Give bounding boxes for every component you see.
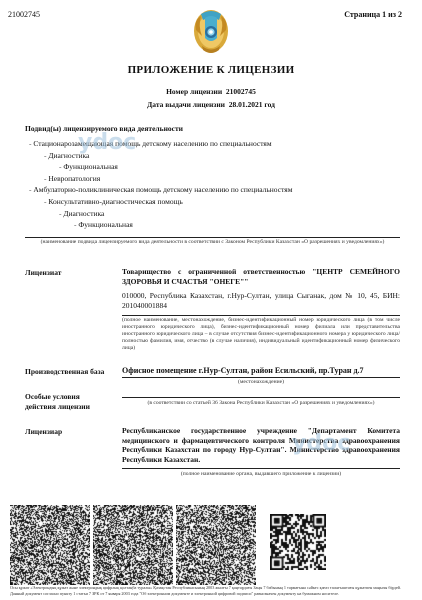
footer-legal-text: Осы құжат «Электрондық құжат және электр… (10, 585, 412, 597)
divider (122, 315, 400, 316)
licensee-name: Товарищество с ограниченной ответственно… (122, 267, 400, 286)
licensee-address: 010000, Республика Казахстан, г.Нур-Султ… (122, 291, 400, 310)
license-number-line: Номер лицензии 21002745 (0, 87, 422, 96)
signature-qr-code-1 (10, 505, 90, 585)
divider (25, 237, 400, 238)
production-base-note: (местонахождение) (122, 379, 400, 386)
licensor-label: Лицензиар (25, 427, 62, 436)
list-item: Диагностика (25, 208, 405, 220)
licensee-label: Лицензиат (25, 268, 61, 277)
production-base-label: Производственная база (25, 367, 104, 376)
licensee-note: (полное наименование, местонахождение, б… (122, 317, 400, 352)
subtypes-note: (наименование подвида лицензируемого вид… (25, 239, 400, 246)
licensor-value: Республиканское государственное учрежден… (122, 426, 400, 464)
license-date-label: Дата выдачи лицензии (147, 100, 225, 109)
list-item: Функциональная (25, 219, 405, 231)
license-number-value: 21002745 (226, 87, 256, 96)
license-date-line: Дата выдачи лицензии 28.01.2021 год (0, 100, 422, 109)
document-number: 21002745 (8, 10, 40, 19)
watermark: ydoc (292, 431, 350, 456)
divider (122, 377, 400, 378)
list-item: Функциональная (25, 161, 405, 173)
special-conditions-label-line1: Особые условия (25, 392, 90, 402)
license-date-value: 28.01.2021 год (229, 100, 275, 109)
divider (122, 468, 400, 469)
signature-qr-code-3 (176, 505, 256, 585)
watermark: ydoc (78, 130, 136, 155)
licensor-note: (полное наименование органа, выдавшего п… (122, 471, 400, 478)
list-item: Консультативно-диагностическая помощь (25, 196, 405, 208)
list-item: Амбулаторно-поликлиническая помощь детск… (25, 184, 405, 196)
special-conditions-note: (в соответствии со статьей 36 Закона Рес… (122, 400, 400, 407)
special-conditions-label-line2: действия лицензии (25, 402, 90, 412)
page-info: Страница 1 из 2 (344, 10, 402, 19)
signature-qr-code-2 (93, 505, 173, 585)
special-conditions-label: Особые условия действия лицензии (25, 392, 90, 412)
verification-qr-code (270, 514, 326, 570)
list-item: Невропатология (25, 173, 405, 185)
license-number-label: Номер лицензии (166, 87, 222, 96)
state-emblem-icon (192, 6, 230, 56)
divider (122, 397, 400, 398)
production-base-value: Офисное помещение г.Нур-Султан, район Ес… (122, 366, 400, 376)
page-title: ПРИЛОЖЕНИЕ К ЛИЦЕНЗИИ (0, 64, 422, 76)
